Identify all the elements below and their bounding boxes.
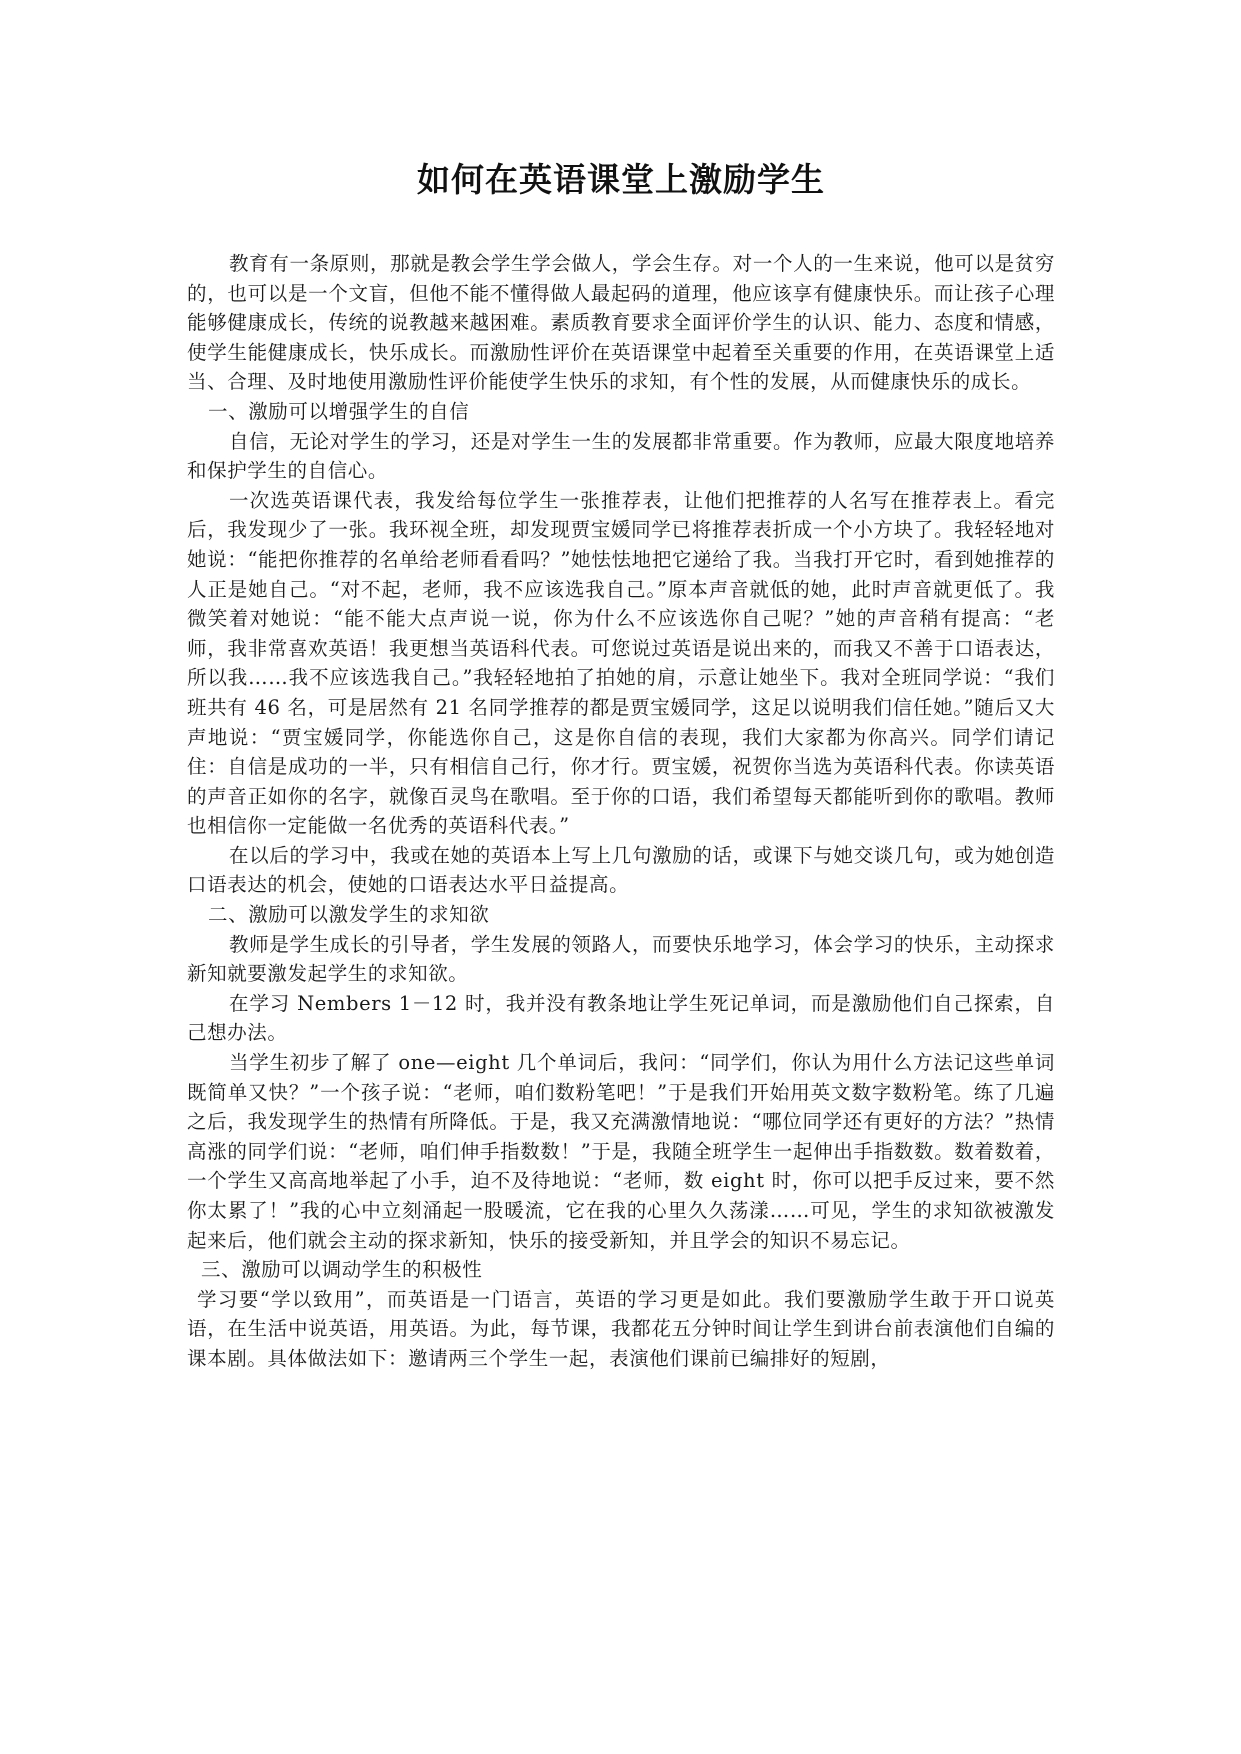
paragraph: 在以后的学习中，我或在她的英语本上写上几句激励的话，或课下与她交谈几句，或为她创… [187, 841, 1055, 900]
paragraph: 在学习 Nembers 1－12 时，我并没有教条地让学生死记单词，而是激励他们… [187, 989, 1055, 1048]
paragraph: 当学生初步了解了 one—eight 几个单词后，我问：“同学们，你认为用什么方… [187, 1048, 1055, 1255]
paragraph: 学习要“学以致用”，而英语是一门语言，英语的学习更是如此。我们要激励学生敢于开口… [187, 1285, 1055, 1374]
paragraph: 自信，无论对学生的学习，还是对学生一生的发展都非常重要。作为教师，应最大限度地培… [187, 427, 1055, 486]
section-heading-3: 三、激励可以调动学生的积极性 [187, 1255, 1055, 1285]
intro-paragraph: 教育有一条原则，那就是教会学生学会做人，学会生存。对一个人的一生来说，他可以是贫… [187, 249, 1055, 397]
section-heading-1: 一、激励可以增强学生的自信 [187, 397, 1055, 427]
section-heading-2: 二、激励可以激发学生的求知欲 [187, 900, 1055, 930]
paragraph: 教师是学生成长的引导者，学生发展的领路人，而要快乐地学习，体会学习的快乐，主动探… [187, 930, 1055, 989]
document-title: 如何在英语课堂上激励学生 [187, 158, 1055, 202]
document-body: 教育有一条原则，那就是教会学生学会做人，学会生存。对一个人的一生来说，他可以是贫… [187, 249, 1055, 1374]
paragraph: 一次选英语课代表，我发给每位学生一张推荐表，让他们把推荐的人名写在推荐表上。看完… [187, 486, 1055, 841]
